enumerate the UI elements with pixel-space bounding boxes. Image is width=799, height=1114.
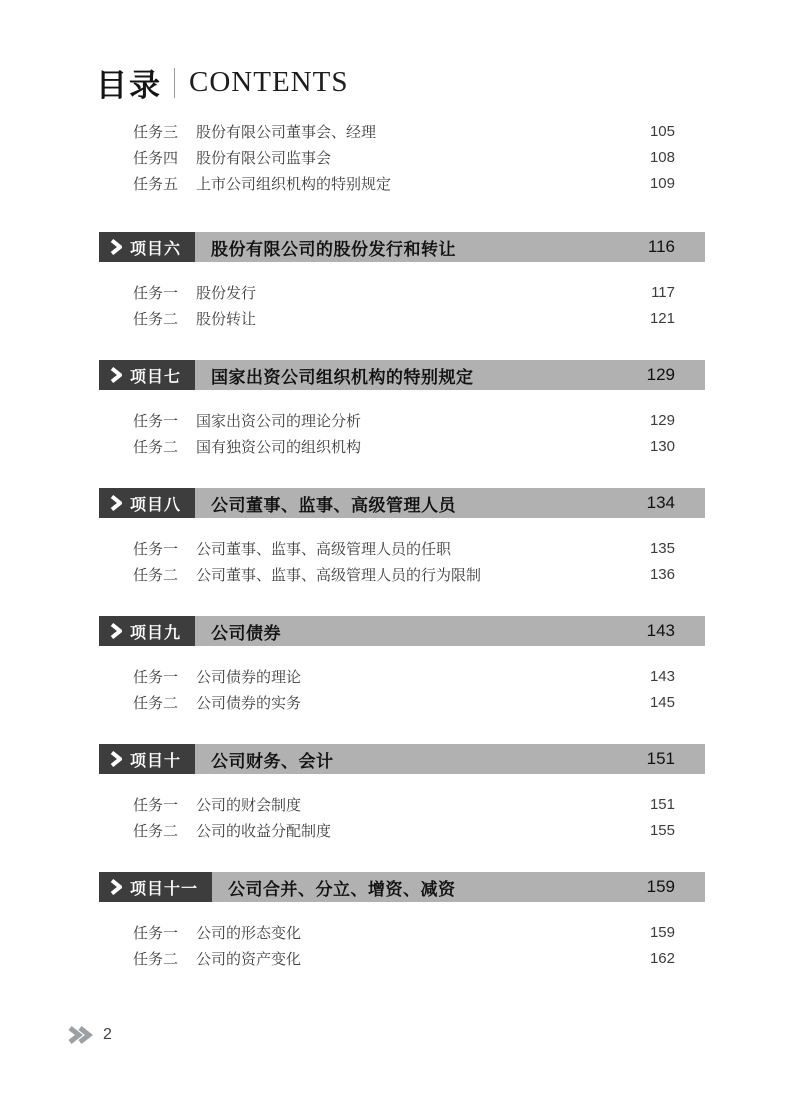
task-title: 公司的资产变化 bbox=[196, 948, 650, 969]
toc-task-row: 任务二 国有独资公司的组织机构 130 bbox=[133, 433, 675, 459]
task-page-number: 151 bbox=[650, 796, 675, 813]
section-page-number: 116 bbox=[648, 237, 675, 257]
task-page-number: 136 bbox=[650, 566, 675, 583]
task-title: 国家出资公司的理论分析 bbox=[196, 410, 650, 431]
section-page-number: 159 bbox=[647, 877, 675, 897]
header-divider bbox=[174, 68, 175, 98]
toc-task-row: 任务二 公司的资产变化 162 bbox=[133, 945, 675, 971]
toc-task-row: 任务三 股份有限公司董事会、经理 105 bbox=[133, 118, 675, 144]
section-header-bar: 项目六 股份有限公司的股份发行和转让 116 bbox=[99, 232, 705, 262]
toc-section: 项目六 股份有限公司的股份发行和转让 116 任务一 股份发行 117 任务二 … bbox=[99, 232, 705, 331]
task-page-number: 143 bbox=[650, 668, 675, 685]
section-page-number: 129 bbox=[647, 365, 675, 385]
section-title: 股份有限公司的股份发行和转让 bbox=[211, 235, 648, 260]
section-task-list: 任务一 公司的形态变化 159 任务二 公司的资产变化 162 bbox=[99, 919, 705, 971]
section-label-box: 项目七 bbox=[99, 360, 195, 390]
task-page-number: 135 bbox=[650, 540, 675, 557]
task-page-number: 155 bbox=[650, 822, 675, 839]
toc-task-row: 任务二 股份转让 121 bbox=[133, 305, 675, 331]
section-title: 公司董事、监事、高级管理人员 bbox=[211, 491, 647, 516]
task-label: 任务二 bbox=[133, 436, 178, 457]
chevron-right-icon bbox=[110, 623, 122, 639]
task-title: 公司的收益分配制度 bbox=[196, 820, 650, 841]
section-label-box: 项目六 bbox=[99, 232, 195, 262]
task-label: 任务一 bbox=[133, 666, 178, 687]
toc-task-row: 任务一 公司董事、监事、高级管理人员的任职 135 bbox=[133, 535, 675, 561]
task-page-number: 117 bbox=[651, 284, 675, 301]
task-label: 任务二 bbox=[133, 564, 178, 585]
section-label-box: 项目十 bbox=[99, 744, 195, 774]
section-header-bar: 项目七 国家出资公司组织机构的特别规定 129 bbox=[99, 360, 705, 390]
task-label: 任务三 bbox=[133, 121, 178, 142]
page-header: 目录 CONTENTS bbox=[96, 60, 348, 105]
chevron-right-icon bbox=[110, 879, 122, 895]
task-title: 公司董事、监事、高级管理人员的行为限制 bbox=[196, 564, 650, 585]
toc-section: 项目十一 公司合并、分立、增资、减资 159 任务一 公司的形态变化 159 任… bbox=[99, 872, 705, 971]
section-task-list: 任务一 股份发行 117 任务二 股份转让 121 bbox=[99, 279, 705, 331]
section-label: 项目八 bbox=[130, 492, 181, 515]
toc-task-row: 任务二 公司的收益分配制度 155 bbox=[133, 817, 675, 843]
chevron-right-icon bbox=[110, 495, 122, 511]
toc-title-en: CONTENTS bbox=[189, 66, 348, 99]
section-page-number: 134 bbox=[647, 493, 675, 513]
page-number: 2 bbox=[103, 1026, 112, 1044]
leading-task-list: 任务三 股份有限公司董事会、经理 105 任务四 股份有限公司监事会 108 任… bbox=[99, 118, 705, 196]
toc-task-row: 任务二 公司债券的实务 145 bbox=[133, 689, 675, 715]
toc-task-row: 任务一 公司的形态变化 159 bbox=[133, 919, 675, 945]
section-label-box: 项目九 bbox=[99, 616, 195, 646]
task-title: 国有独资公司的组织机构 bbox=[196, 436, 650, 457]
task-label: 任务一 bbox=[133, 410, 178, 431]
section-page-number: 143 bbox=[647, 621, 675, 641]
section-task-list: 任务一 国家出资公司的理论分析 129 任务二 国有独资公司的组织机构 130 bbox=[99, 407, 705, 459]
section-task-list: 任务一 公司的财会制度 151 任务二 公司的收益分配制度 155 bbox=[99, 791, 705, 843]
section-label: 项目七 bbox=[130, 364, 181, 387]
task-page-number: 159 bbox=[650, 924, 675, 941]
toc-task-row: 任务一 公司的财会制度 151 bbox=[133, 791, 675, 817]
task-title: 公司的财会制度 bbox=[196, 794, 650, 815]
task-label: 任务二 bbox=[133, 948, 178, 969]
toc-task-row: 任务一 股份发行 117 bbox=[133, 279, 675, 305]
task-page-number: 121 bbox=[650, 310, 675, 327]
toc-section: 项目七 国家出资公司组织机构的特别规定 129 任务一 国家出资公司的理论分析 … bbox=[99, 360, 705, 459]
task-title: 上市公司组织机构的特别规定 bbox=[196, 173, 650, 194]
section-title: 公司合并、分立、增资、减资 bbox=[228, 875, 647, 900]
task-title: 公司的形态变化 bbox=[196, 922, 650, 943]
section-header-bar: 项目十 公司财务、会计 151 bbox=[99, 744, 705, 774]
task-title: 股份有限公司监事会 bbox=[196, 147, 650, 168]
toc-task-row: 任务二 公司董事、监事、高级管理人员的行为限制 136 bbox=[133, 561, 675, 587]
chevron-right-icon bbox=[110, 239, 122, 255]
task-label: 任务二 bbox=[133, 820, 178, 841]
section-title: 公司债券 bbox=[211, 619, 647, 644]
toc-section: 项目八 公司董事、监事、高级管理人员 134 任务一 公司董事、监事、高级管理人… bbox=[99, 488, 705, 587]
section-list: 项目六 股份有限公司的股份发行和转让 116 任务一 股份发行 117 任务二 … bbox=[99, 232, 705, 971]
section-page-number: 151 bbox=[647, 749, 675, 769]
double-chevron-icon bbox=[66, 1026, 93, 1044]
section-task-list: 任务一 公司董事、监事、高级管理人员的任职 135 任务二 公司董事、监事、高级… bbox=[99, 535, 705, 587]
task-page-number: 145 bbox=[650, 694, 675, 711]
section-label: 项目六 bbox=[130, 236, 181, 259]
task-label: 任务一 bbox=[133, 794, 178, 815]
task-title: 公司债券的理论 bbox=[196, 666, 650, 687]
chevron-right-icon bbox=[110, 367, 122, 383]
task-page-number: 105 bbox=[650, 123, 675, 140]
task-label: 任务一 bbox=[133, 538, 178, 559]
task-page-number: 109 bbox=[650, 175, 675, 192]
section-task-list: 任务一 公司债券的理论 143 任务二 公司债券的实务 145 bbox=[99, 663, 705, 715]
section-label: 项目十一 bbox=[130, 876, 198, 899]
section-title: 公司财务、会计 bbox=[211, 747, 647, 772]
section-label: 项目九 bbox=[130, 620, 181, 643]
task-page-number: 129 bbox=[650, 412, 675, 429]
toc-title-zh: 目录 bbox=[96, 60, 162, 105]
toc-body: 任务三 股份有限公司董事会、经理 105 任务四 股份有限公司监事会 108 任… bbox=[99, 118, 705, 971]
toc-section: 项目九 公司债券 143 任务一 公司债券的理论 143 任务二 公司债券的实务… bbox=[99, 616, 705, 715]
task-title: 股份发行 bbox=[196, 282, 651, 303]
section-label-box: 项目十一 bbox=[99, 872, 212, 902]
task-page-number: 162 bbox=[650, 950, 675, 967]
task-title: 股份转让 bbox=[196, 308, 650, 329]
toc-section: 项目十 公司财务、会计 151 任务一 公司的财会制度 151 任务二 公司的收… bbox=[99, 744, 705, 843]
toc-task-row: 任务五 上市公司组织机构的特别规定 109 bbox=[133, 170, 675, 196]
task-label: 任务二 bbox=[133, 308, 178, 329]
task-label: 任务四 bbox=[133, 147, 178, 168]
toc-task-row: 任务一 国家出资公司的理论分析 129 bbox=[133, 407, 675, 433]
task-title: 公司债券的实务 bbox=[196, 692, 650, 713]
section-header-bar: 项目九 公司债券 143 bbox=[99, 616, 705, 646]
toc-page: 目录 CONTENTS 任务三 股份有限公司董事会、经理 105 任务四 股份有… bbox=[0, 0, 799, 1114]
section-header-bar: 项目十一 公司合并、分立、增资、减资 159 bbox=[99, 872, 705, 902]
task-label: 任务五 bbox=[133, 173, 178, 194]
task-label: 任务二 bbox=[133, 692, 178, 713]
section-label: 项目十 bbox=[130, 748, 181, 771]
chevron-right-icon bbox=[110, 751, 122, 767]
section-title: 国家出资公司组织机构的特别规定 bbox=[211, 363, 647, 388]
page-footer: 2 bbox=[66, 1026, 112, 1044]
toc-task-row: 任务四 股份有限公司监事会 108 bbox=[133, 144, 675, 170]
section-header-bar: 项目八 公司董事、监事、高级管理人员 134 bbox=[99, 488, 705, 518]
task-title: 公司董事、监事、高级管理人员的任职 bbox=[196, 538, 650, 559]
task-page-number: 108 bbox=[650, 149, 675, 166]
section-label-box: 项目八 bbox=[99, 488, 195, 518]
task-page-number: 130 bbox=[650, 438, 675, 455]
toc-task-row: 任务一 公司债券的理论 143 bbox=[133, 663, 675, 689]
task-label: 任务一 bbox=[133, 922, 178, 943]
task-title: 股份有限公司董事会、经理 bbox=[196, 121, 650, 142]
task-label: 任务一 bbox=[133, 282, 178, 303]
